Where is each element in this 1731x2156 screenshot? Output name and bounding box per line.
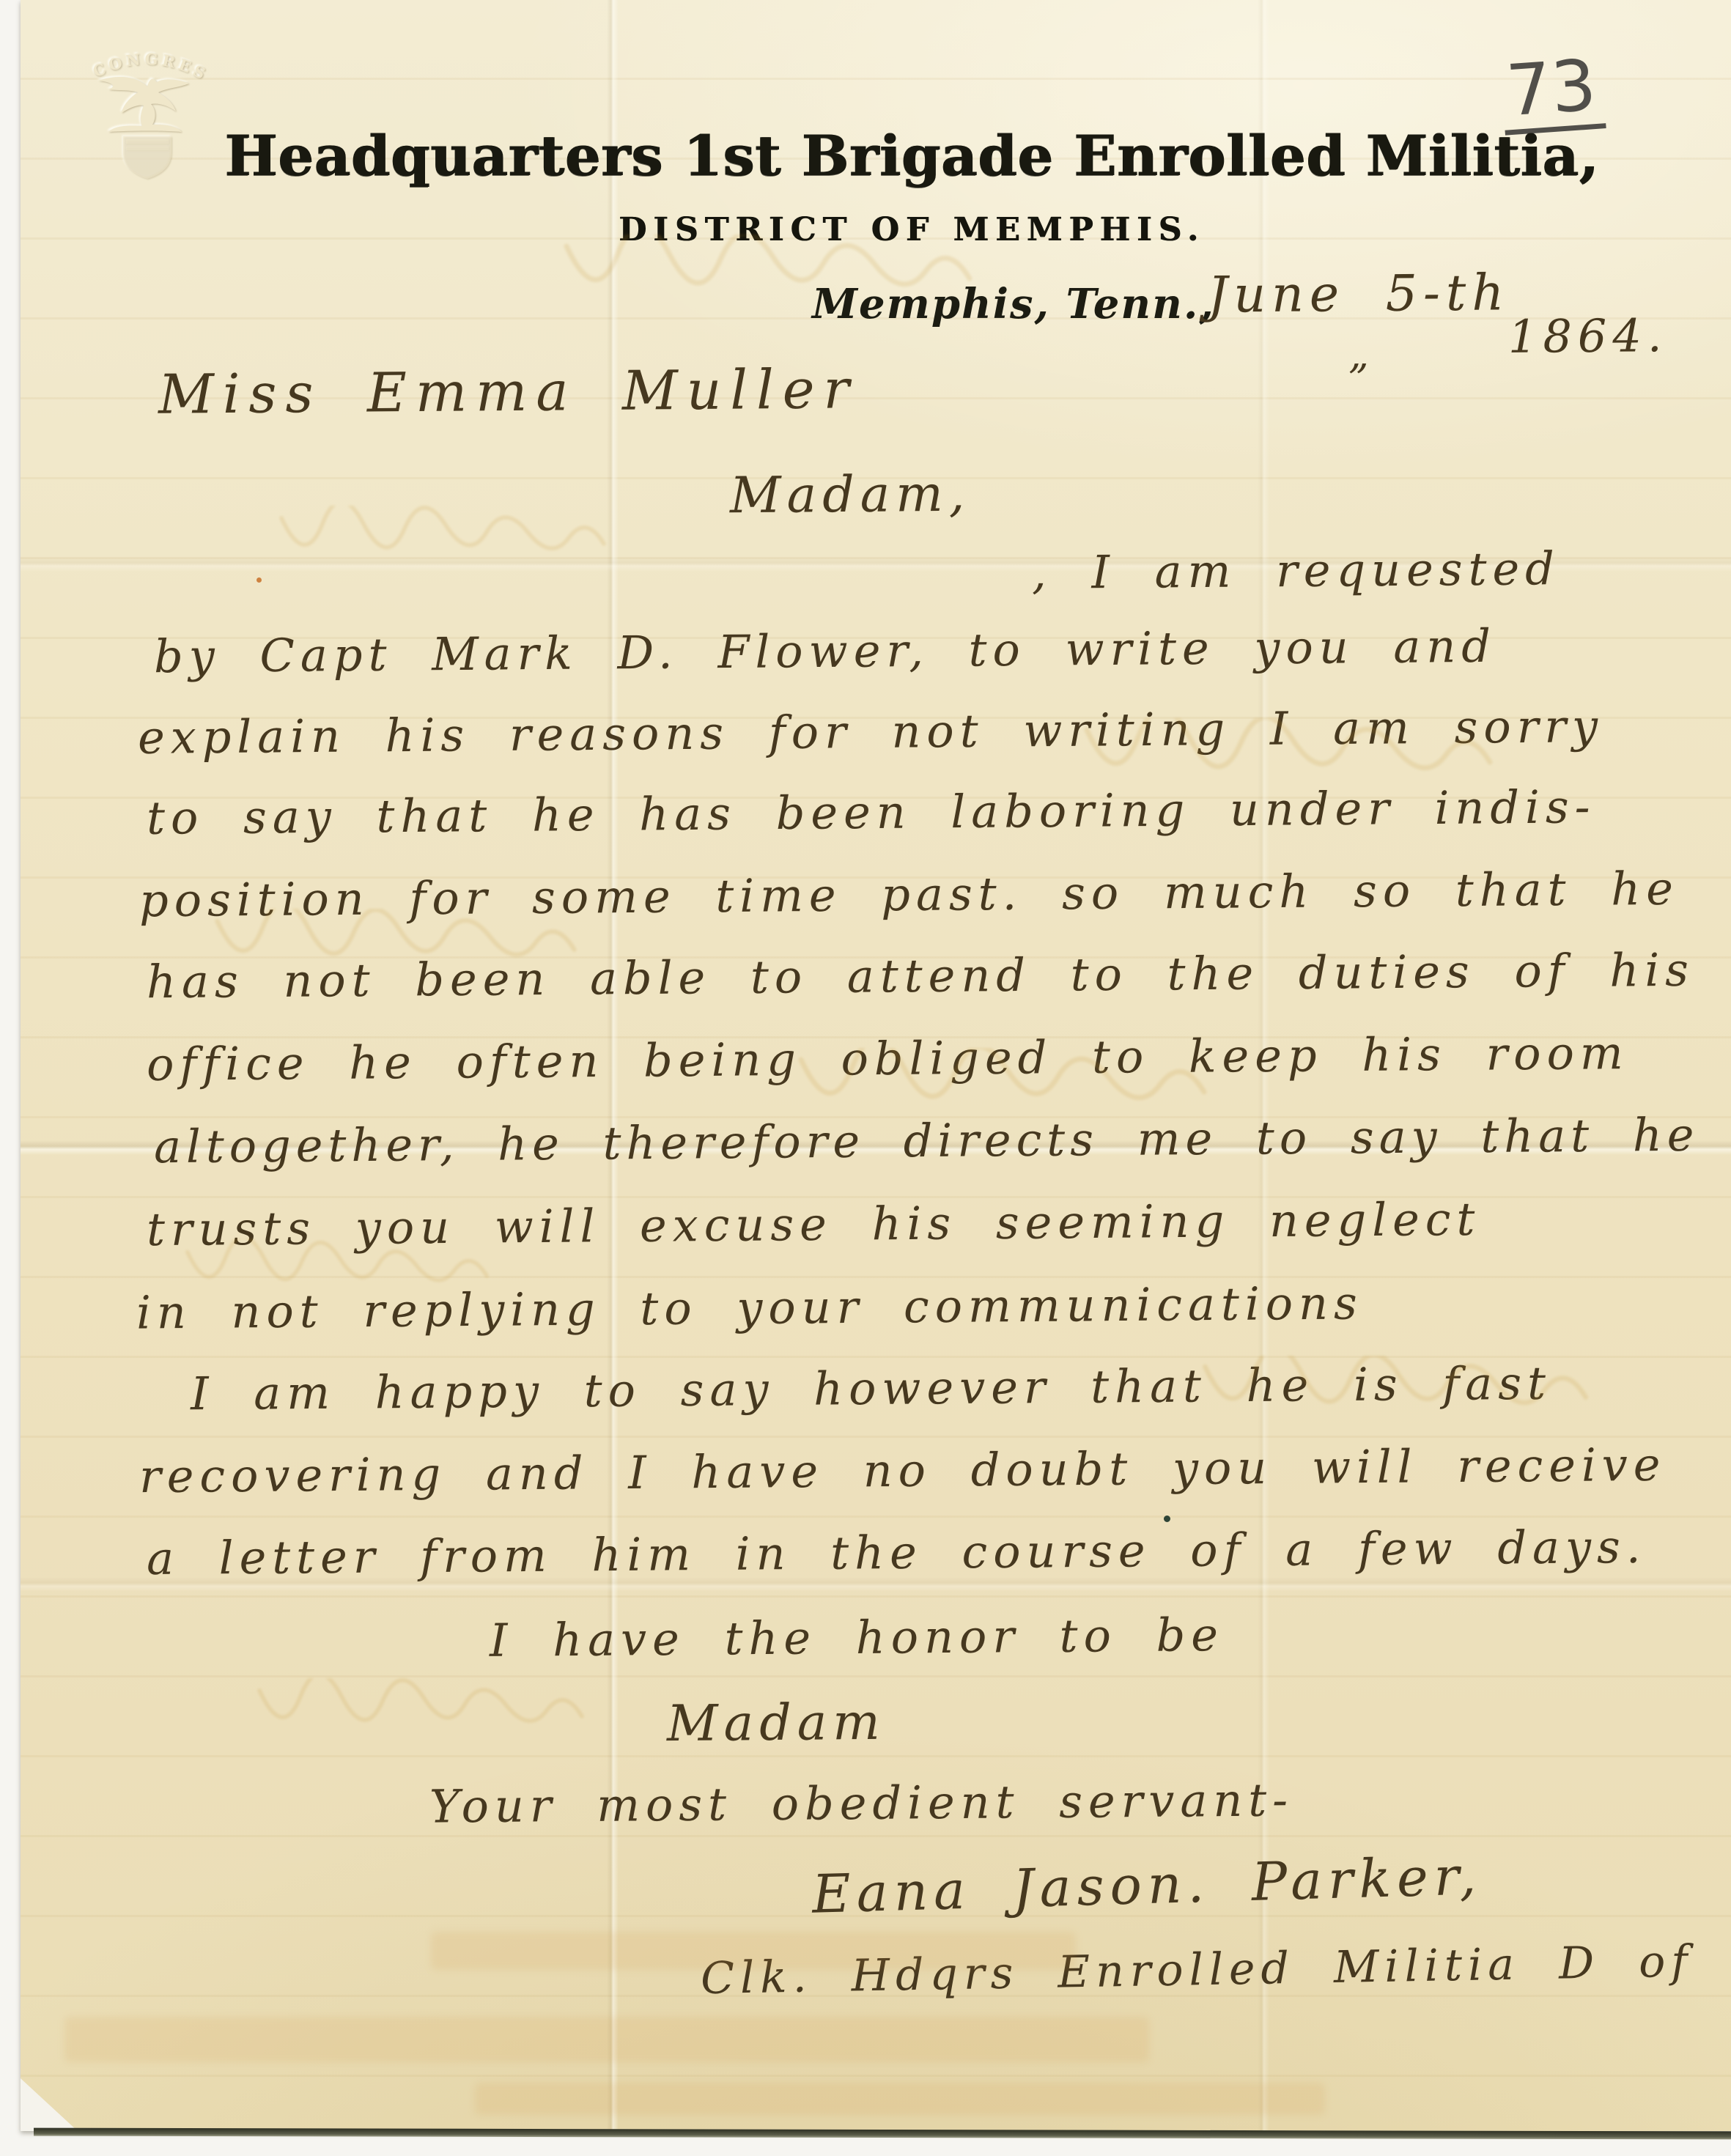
bleed-through-print: [431, 1932, 1076, 1970]
ink-speck: [1164, 1516, 1170, 1522]
date-year: 1864.: [1508, 309, 1668, 363]
body-line: , I am requested: [1032, 542, 1560, 599]
body-line: by Capt Mark D. Flower, to write you and: [154, 619, 1496, 683]
document-scan: { "page_number": "73", "letterhead": { "…: [0, 0, 1731, 2156]
bleed-through-print: [475, 2083, 1325, 2115]
page-number: 73: [1499, 48, 1606, 135]
bleed-through-scribble: [196, 506, 607, 564]
bleed-through-scribble: [460, 235, 973, 300]
date-ditto-mark: „: [1348, 331, 1375, 377]
bleed-through-scribble: [959, 718, 1516, 784]
bleed-through-scribble: [123, 909, 577, 971]
body-line: to say that he has been laboring under i…: [147, 780, 1596, 845]
bleed-through-scribble: [108, 1238, 490, 1297]
date-day: June 5-th: [1208, 264, 1510, 324]
salutation-line: Madam,: [730, 465, 971, 525]
body-line: a letter from him in the course of a few…: [147, 1520, 1647, 1585]
closing-line: Madam: [667, 1694, 886, 1753]
letterhead-org-line: Headquarters 1st Brigade Enrolled Militi…: [145, 123, 1678, 188]
corner-fold: [21, 2078, 78, 2131]
closing-line: I have the honor to be: [490, 1608, 1225, 1667]
letter-paper: CONGRESS 73 Headquarters 1st Brigade Enr…: [21, 0, 1731, 2131]
closing-line: Your most obedient servant-: [429, 1773, 1294, 1833]
bleed-through-print: [64, 2017, 1149, 2062]
body-line: altogether, he therefore directs me to s…: [154, 1108, 1699, 1174]
bleed-through-scribble: [651, 1048, 1252, 1114]
seal-text: CONGRESS: [70, 35, 211, 84]
recipient-line: Miss Emma Muller: [158, 358, 858, 426]
bleed-through-scribble: [1090, 1356, 1603, 1418]
body-line: recovering and I have no doubt you will …: [139, 1438, 1667, 1503]
stain-speck: [256, 577, 262, 583]
signature-line: Eana Jason. Parker,: [811, 1845, 1483, 1924]
bleed-through-scribble: [174, 1678, 585, 1737]
